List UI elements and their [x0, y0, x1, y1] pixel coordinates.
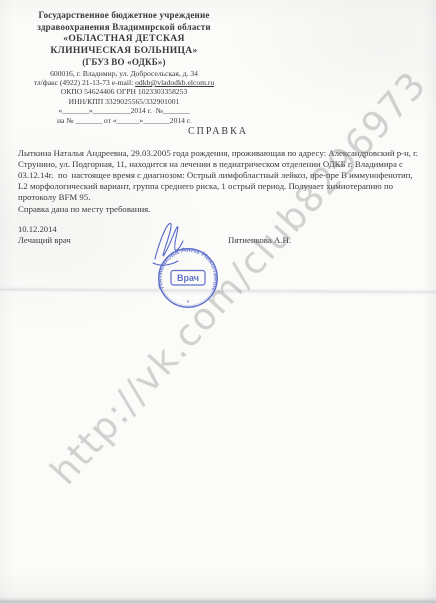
body-paragraph: Лыткина Наталья Андреевна, 29.03.2005 го… [18, 148, 422, 203]
org-address: 600016, г. Владимир, ул. Добросельская, … [0, 69, 248, 78]
stamp-center-text: Врач [177, 273, 199, 283]
date-number-blank-line: «_______»__________2014 г. №_______ [0, 106, 248, 115]
org-line-1: Государственное бюджетное учреждение [0, 10, 248, 22]
doctor-label: Лечащий врач [18, 235, 71, 245]
stamp-separator-mark: * [187, 300, 190, 307]
org-abbr: (ГБУЗ ВО «ОДКБ») [0, 57, 248, 69]
okpo-ogrn-line: ОКПО 54624406 ОГРН 1023303358253 [0, 87, 248, 96]
doctor-signature [148, 218, 192, 268]
phone-fax: тл/факс (4922) 21-13-73 e-mail: [34, 78, 135, 87]
letterhead: Государственное бюджетное учреждение здр… [0, 10, 248, 125]
org-contacts: тл/факс (4922) 21-13-73 e-mail: odkb@vla… [0, 78, 248, 87]
issue-date: 10.12.2014 [18, 224, 57, 234]
document-scan: Государственное бюджетное учреждение здр… [0, 0, 436, 604]
doctor-name: Пятиенкова А.Н. [228, 235, 291, 245]
email-address: odkb@vladodkb.elcom.ru [135, 78, 214, 87]
org-line-2: здравоохранения Владимирской области [0, 22, 248, 34]
reference-blank-line: на № _______ от «______»_______2014 г. [0, 116, 248, 125]
document-title: СПРАВКА [0, 126, 436, 137]
inn-kpp-line: ИНН/КПП 3329025565/332901001 [0, 97, 248, 106]
org-name-2: КЛИНИЧЕСКАЯ БОЛЬНИЦА» [0, 45, 248, 57]
closing-line: Справка дана по месту требования. [18, 204, 422, 215]
scan-bottom-edge [0, 596, 436, 604]
org-name-1: «ОБЛАСТНАЯ ДЕТСКАЯ [0, 33, 248, 45]
